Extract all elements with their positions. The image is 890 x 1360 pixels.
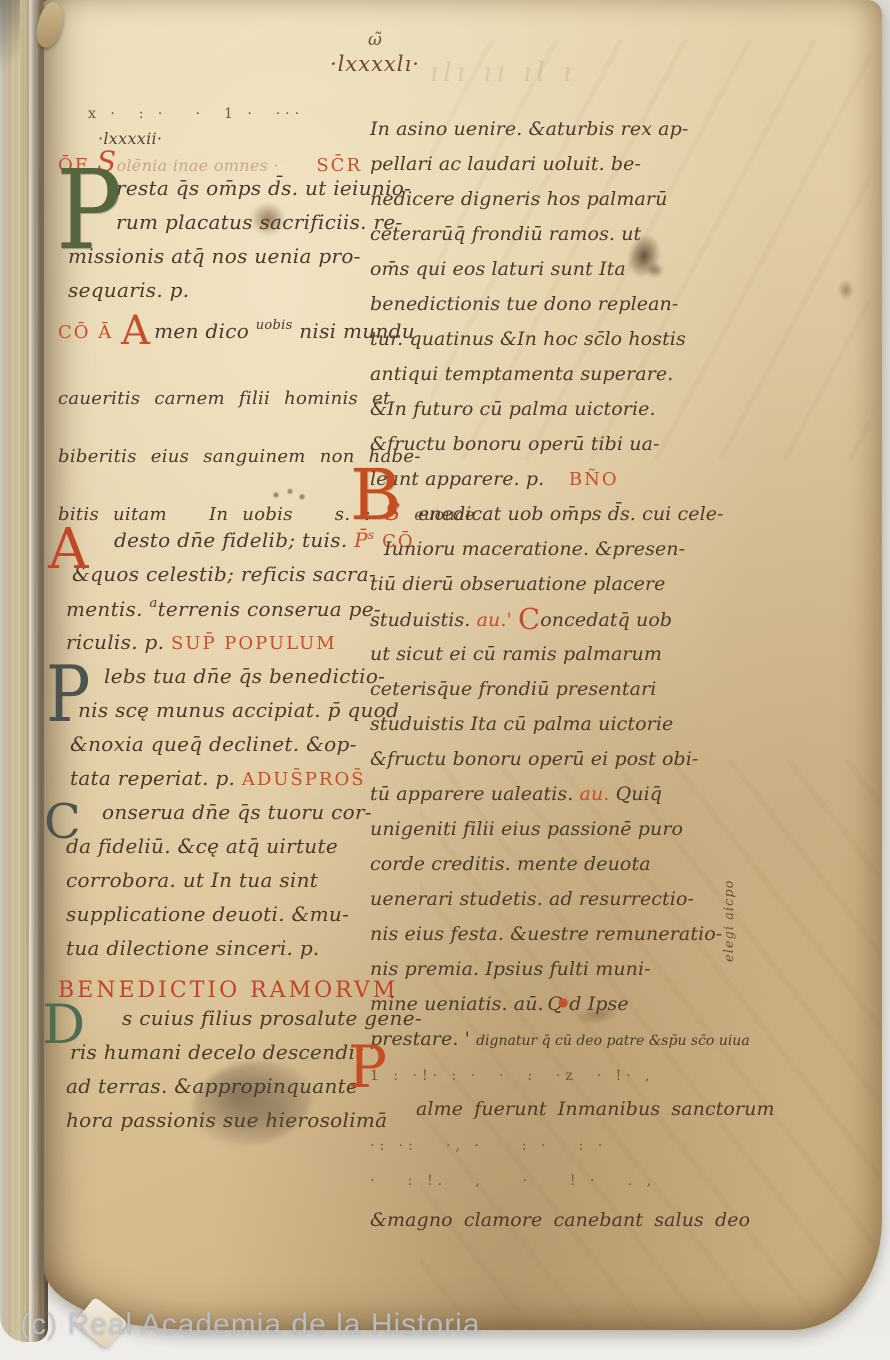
manuscript-line: prestare. ' dignatur q̄ cū deo patre &sp… — [370, 1022, 720, 1057]
manuscript-line: studuistis. au.' Concedatq̄ uob — [370, 602, 720, 637]
text-run: mentis. — [66, 597, 150, 621]
rubric-run: SUP̄ POPULUM — [171, 633, 337, 654]
rubric-run: CŌ Ā — [58, 322, 121, 343]
manuscript-line: unigeniti filii eius passionē puro — [370, 812, 720, 847]
text-run: &magno clamore canebant salus deo — [370, 1209, 750, 1231]
text-run: oncedatq̄ uob — [540, 609, 672, 631]
text-run: Quiq̄ — [616, 783, 662, 805]
text-run: ceterarūq̄ frondiū ramos. ut — [370, 223, 641, 245]
text-run: studuistis. — [370, 609, 477, 631]
text-run: tiū dierū obseruatione placere — [370, 573, 666, 595]
manuscript-line: ad terras. &appropinquante — [58, 1074, 366, 1108]
text-run: Iunioru maceratione. &presen- — [384, 538, 685, 560]
neume-marks: x · : · · 1 · ··· — [88, 106, 304, 122]
text-run: &noxia queq̄ declinet. &op- — [70, 732, 357, 756]
text-run: alme fuerunt Inmanibus sanctorum — [416, 1098, 775, 1120]
margin-note-vertical: elegi aicpo — [722, 880, 737, 963]
folio-number: ·lxxxxlı· — [330, 52, 420, 76]
manuscript-line: 1 : ·!· : · · : ·z · !· , — [370, 1057, 720, 1092]
manuscript-line: tata reperiat. p. ADUS̄PROS̄ — [58, 766, 366, 800]
initial-presta-green-p: P — [56, 156, 122, 266]
manuscript-line: tiū dierū obseruatione placere — [370, 567, 720, 602]
manuscript-line: riculis. p. SUP̄ POPULUM — [58, 630, 366, 664]
neume-marks: 1 : ·!· : · · : ·z · !· , — [370, 1068, 655, 1084]
manuscript-line: &fructu bonoru operū ei post obi- — [370, 742, 720, 777]
manuscript-line: tū apparere ualeatis. au. Quiq̄ — [370, 777, 720, 812]
text-run: &In futuro cū palma uictorie. — [370, 398, 656, 420]
text-run: nis premia. Ipsius fulti muni- — [370, 958, 651, 980]
rubric-run: BENEDICTIO RAMORVM — [58, 978, 398, 1003]
initial-plebs-dark-p: P — [46, 656, 90, 734]
manuscript-line: antiqui temptamenta superare. — [370, 357, 720, 392]
text-run: nedicere digneris hos palmarū — [370, 188, 667, 210]
text-run: A — [121, 308, 150, 354]
quire-mark: ω̃ — [368, 30, 382, 50]
text-run: &quos celestib; reficis sacra- — [72, 562, 376, 586]
manuscript-line: caueritis carnem filii hominis et — [58, 384, 366, 414]
book-gutter-page-edges — [0, 0, 48, 1342]
manuscript-line: nedicere digneris hos palmarū — [370, 182, 720, 217]
manuscript-line: ris humani decelo descendit — [58, 1040, 366, 1074]
text-run: tua dilectione sinceri. p. — [66, 936, 320, 960]
rubric-run: au.' — [477, 609, 518, 631]
manuscript-line: CŌ Ā Amen dico uobis nisi mundu — [58, 318, 366, 352]
text-run: hora passionis sue hierosolimā — [66, 1108, 387, 1132]
text-run: supplicatione deuoti. &mu- — [66, 902, 349, 926]
manuscript-line: · : !. , · ! · . , — [370, 1162, 720, 1197]
manuscript-line: leant apparere. p. BÑO — [370, 462, 720, 497]
text-run: antiqui temptamenta superare. — [370, 363, 673, 385]
manuscript-line: nis eius festa. &uestre remuneratio- — [370, 917, 720, 952]
manuscript-line: &magno clamore canebant salus deo — [370, 1203, 720, 1238]
text-run: lebs tua dn̄e q̄s benedictio- — [104, 664, 385, 688]
manuscript-line: biberitis eius sanguinem non habe- — [58, 442, 366, 472]
rubric-run: ADUS̄PROS̄ — [242, 769, 366, 790]
manuscript-line: supplicatione deuoti. &mu- — [58, 902, 366, 936]
text-run: enedicat uob om̄ps d̄s. cui cele- — [418, 503, 724, 525]
text-run: sequaris. p. — [68, 278, 189, 302]
text-run: nis eius festa. &uestre remuneratio- — [370, 923, 722, 945]
text-run: &fructu bonoru operū tibi ua- — [370, 433, 660, 455]
manuscript-line: ut sicut ei cū ramis palmarum — [370, 637, 720, 672]
neume-marks: ·: ·: ·, · : · : · — [370, 1138, 607, 1154]
manuscript-line: x · : · · 1 · ··· — [58, 96, 366, 126]
text-run: rum placatus sacrificiis. re- — [116, 210, 403, 234]
text-run: dignatur q̄ cū deo patre &sp̄u sc̄o uiua — [476, 1033, 750, 1049]
text-run: bitis uitam In uobis s. : — [58, 504, 385, 525]
manuscript-line: bitis uitam In uobis s. : S euouae — [58, 498, 366, 528]
text-run: tū apparere ualeatis. — [370, 783, 580, 805]
manuscript-line: s cuius filius prosalute gene- — [58, 1006, 366, 1040]
manuscript-line: nis premia. Ipsius fulti muni- — [370, 952, 720, 987]
archive-watermark: (c) Real Academia de la Historia — [20, 1308, 481, 1342]
manuscript-photo: { "archive_watermark": "(c) Real Academi… — [0, 0, 890, 1360]
manuscript-line: corrobora. ut In tua sint — [58, 868, 366, 902]
manuscript-line: BENEDICTIO RAMORVM — [58, 974, 366, 1006]
manuscript-line: mine ueniatis. aū. ●Q d Ipse — [370, 987, 720, 1022]
text-run: In asino uenire. &aturbis rex ap- — [370, 118, 688, 140]
manuscript-line: ·: ·: ·, · : · : · — [370, 1127, 720, 1162]
manuscript-line: studuistis Ita cū palma uictorie — [370, 707, 720, 742]
text-run: uenerari studetis. ad resurrectio- — [370, 888, 694, 910]
text-run: resta q̄s om̄ps d̄s. ut ieiunio- — [116, 176, 411, 200]
text-run: &fructu bonoru operū ei post obi- — [370, 748, 698, 770]
initial-deus-green-d: D — [42, 998, 85, 1052]
manuscript-line: enedicat uob om̄ps d̄s. cui cele- — [370, 497, 720, 532]
manuscript-line: alme fuerunt Inmanibus sanctorum — [370, 1092, 720, 1127]
manuscript-line: Iunioru maceratione. &presen- — [370, 532, 720, 567]
text-run: studuistis Ita cū palma uictorie — [370, 713, 673, 735]
manuscript-line: tua dilectione sinceri. p. — [58, 936, 366, 970]
text-run: benedictionis tue dono replean- — [370, 293, 678, 315]
manuscript-line: &In futuro cū palma uictorie. — [370, 392, 720, 427]
text-run: mine ueniatis. aū. — [370, 993, 550, 1015]
manuscript-line: uenerari studetis. ad resurrectio- — [370, 882, 720, 917]
manuscript-line: ceterisq̄ue frondiū presentari — [370, 672, 720, 707]
manuscript-line: corde creditis. mente deuota — [370, 847, 720, 882]
gutter-shadow — [0, 0, 20, 90]
text-run: men dico — [154, 319, 256, 343]
initial-benedicat-red-b: B — [350, 460, 401, 530]
manuscript-line: lebs tua dn̄e q̄s benedictio- — [58, 664, 366, 698]
text-run: uobis — [256, 318, 293, 333]
text-run: da fideliū. &cę atq̄ uirtute — [66, 834, 338, 858]
rubric-run: ● — [558, 995, 569, 1009]
ink-showthrough-marks: ılı ıı ıl ı — [430, 58, 576, 88]
text-run: nis scę munus accipiat. p̄ quod — [78, 698, 399, 722]
text-run: terrenis conserua pe- — [158, 597, 381, 621]
text-run: corde creditis. mente deuota — [370, 853, 651, 875]
text-run: ad terras. &appropinquante — [66, 1074, 358, 1098]
manuscript-line: da fideliū. &cę atq̄ uirtute — [58, 834, 366, 868]
text-run: onserua dn̄e q̄s tuoru cor- — [102, 800, 372, 824]
manuscript-line: In asino uenire. &aturbis rex ap- — [370, 112, 720, 147]
manuscript-line: onserua dn̄e q̄s tuoru cor- — [58, 800, 366, 834]
manuscript-line: mentis. aterrenis conserua pe- — [58, 596, 366, 630]
text-run: desto dn̄e fidelib; tuis. — [114, 528, 354, 552]
initial-conserva-dark-c: C — [44, 798, 81, 846]
rubric-run: BÑO — [569, 469, 619, 490]
text-run: ris humani decelo descendit — [70, 1040, 364, 1064]
manuscript-line: hora passionis sue hierosolimā — [58, 1108, 366, 1142]
manuscript-line: om̄s qui eos laturi sunt Ita — [370, 252, 720, 287]
text-run: a — [150, 596, 158, 611]
initial-adesto-red-a: A — [48, 522, 88, 578]
text-run: ceterisq̄ue frondiū presentari — [370, 678, 656, 700]
manuscript-line: pellari ac laudari uoluit. be- — [370, 147, 720, 182]
text-run: tata reperiat. p. — [70, 766, 242, 790]
manuscript-line: sequaris. p. — [58, 278, 366, 312]
rubric-run: C — [518, 602, 540, 636]
right-text-column: In asino uenire. &aturbis rex ap-pellari… — [370, 112, 720, 1238]
text-run: ut sicut ei cū ramis palmarum — [370, 643, 662, 665]
manuscript-line: ceterarūq̄ frondiū ramos. ut — [370, 217, 720, 252]
initial-palme-red-p: P — [348, 1038, 387, 1096]
neume-marks: · : !. , · ! · . , — [370, 1173, 656, 1189]
text-run: om̄s qui eos laturi sunt Ita — [370, 258, 626, 280]
text-run: tur. quatinus &In hoc sc̄lo hostis — [370, 328, 686, 350]
manuscript-line: &fructu bonoru operū tibi ua- — [370, 427, 720, 462]
text-run: pellari ac laudari uoluit. be- — [370, 153, 641, 175]
text-run: caueritis carnem filii hominis et — [58, 388, 391, 409]
manuscript-line: tur. quatinus &In hoc sc̄lo hostis — [370, 322, 720, 357]
manuscript-line: nis scę munus accipiat. p̄ quod — [58, 698, 366, 732]
text-run: corrobora. ut In tua sint — [66, 868, 318, 892]
rubric-run: au. — [580, 783, 616, 805]
manuscript-line: &quos celestib; reficis sacra- — [58, 562, 366, 596]
text-run: unigeniti filii eius passionē puro — [370, 818, 683, 840]
manuscript-line: benedictionis tue dono replean- — [370, 287, 720, 322]
manuscript-line: &noxia queq̄ declinet. &op- — [58, 732, 366, 766]
manuscript-line: desto dn̄e fidelib; tuis. P̄s CŌ — [58, 528, 366, 562]
